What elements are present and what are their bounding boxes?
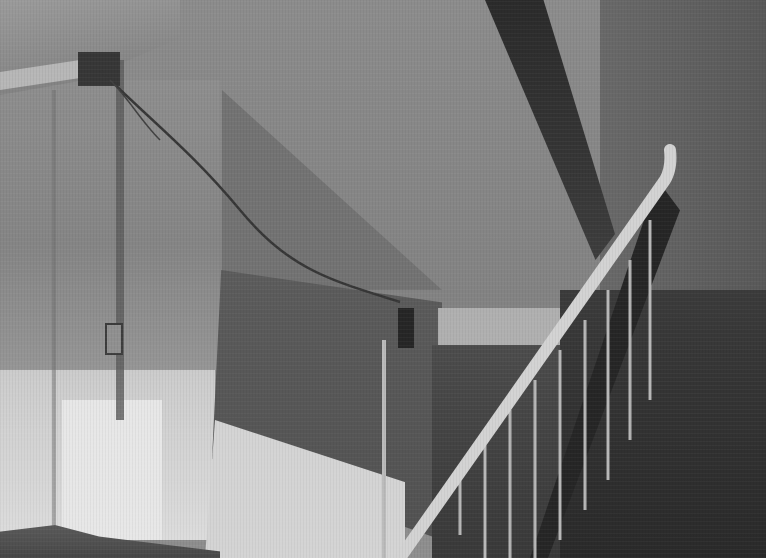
light-wall-panel <box>62 400 162 540</box>
handrail <box>380 140 680 558</box>
wall-corner <box>52 90 56 540</box>
stairwell-photo <box>0 0 766 558</box>
